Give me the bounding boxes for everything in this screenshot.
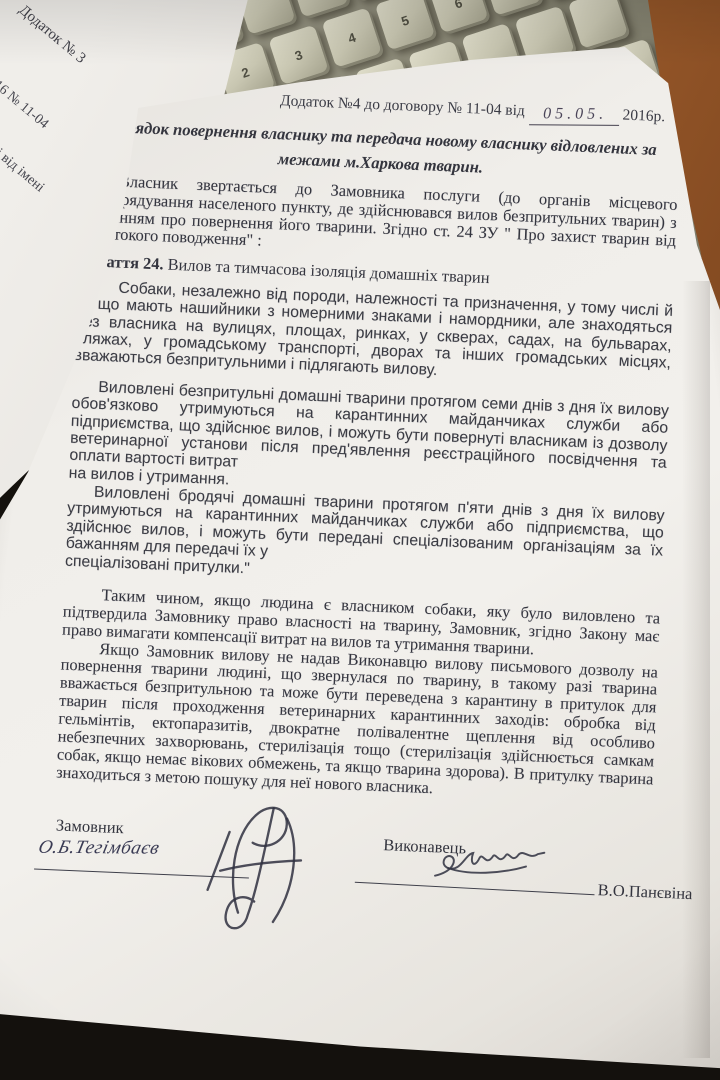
- header-suffix: 2016р.: [622, 107, 665, 126]
- signature-section: Замовник О.Б.Тегімбаєв Виконавець В.О.Па…: [46, 815, 714, 1052]
- key-4: 4: [322, 7, 382, 67]
- handwritten-date: 05.05.: [529, 105, 619, 126]
- key-5: 5: [375, 0, 435, 50]
- document-content: Додаток №4 до договору № 11-04 від 05.05…: [56, 84, 682, 806]
- customer-handwritten-name: О.Б.Тегімбаєв: [36, 837, 161, 860]
- executor-name: В.О.Панєвіна: [597, 880, 693, 904]
- previous-page-fragment: 05.05. 2016 № 11-04: [0, 44, 51, 133]
- customer-signature: [199, 794, 333, 941]
- document-paragraph: Якщо Замовник вилову не надав Виконавцю …: [56, 638, 658, 806]
- previous-page-fragment: Додаток № 3: [15, 2, 88, 68]
- document-body: Власник звертається до Замовника послуги…: [56, 171, 678, 806]
- previous-page-fragment: і від імені: [0, 146, 47, 196]
- document-paragraph: Собаки, незалежно від породи, належності…: [73, 278, 673, 390]
- photo-scene: 12345678 Додаток № 305.05. 2016 № 11-04т…: [0, 0, 720, 1080]
- document-paragraph: Власник звертається до Замовника послуги…: [78, 171, 677, 267]
- key: [568, 0, 628, 49]
- customer-label: Замовник: [56, 815, 125, 838]
- executor-signature: [420, 843, 560, 891]
- key-6: 6: [428, 0, 488, 33]
- key-3: 3: [268, 25, 328, 85]
- header-prefix: Додаток №4 до договору № 11-04 від: [280, 92, 526, 119]
